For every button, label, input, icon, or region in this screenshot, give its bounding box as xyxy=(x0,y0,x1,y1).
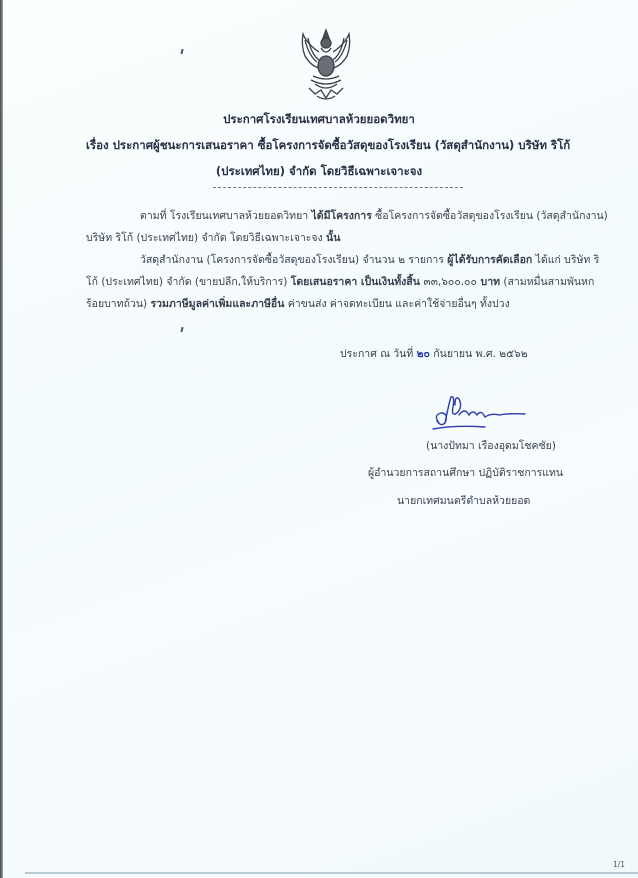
scan-edge xyxy=(0,0,3,878)
signatory-name: (นางปัทมา เรืองอุดมโชคชัย) xyxy=(426,437,556,454)
header-divider xyxy=(213,187,463,188)
signatory-position-cont: นายกเทศมนตรีตำบลห้วยยอด xyxy=(397,492,530,509)
body-text: ได้แก่ บริษัท ริ xyxy=(532,254,599,266)
body-text-bold: นั้น xyxy=(326,232,340,244)
scanned-page: ประกาศโรงเรียนเทศบาลห้วยยอดวิทยา เรื่อง … xyxy=(0,0,638,878)
signature-icon xyxy=(425,393,535,433)
scan-speck xyxy=(180,327,183,332)
announcement-subject-cont: (ประเทศไทย) จำกัด โดยวิธีเฉพาะเจาะจง xyxy=(0,163,638,181)
body-paragraph-2-cont: โก้ (ประเทศไทย) จำกัด (ขายปลีก,ให้บริการ… xyxy=(86,273,594,290)
signatory-position: ผู้อำนวยการสถานศึกษา ปฏิบัติราชการแทน xyxy=(368,464,563,481)
body-paragraph-1: ตามที่ โรงเรียนเทศบาลห้วยยอดวิทยา ได้มีโ… xyxy=(140,207,608,224)
date-prefix: ประกาศ ณ วันที่ xyxy=(340,348,417,360)
garuda-emblem-icon xyxy=(297,26,355,104)
body-text-bold: บาท xyxy=(477,276,500,288)
body-text: ซื้อโครงการจัดซื้อวัสดุของโรงเรียน (วัสด… xyxy=(372,210,608,222)
body-text: ร้อยบาทถ้วน) xyxy=(86,298,150,310)
date-day-handwritten: ๒๐ xyxy=(417,348,430,360)
body-text: บริษัท ริโก้ (ประเทศไทย) จำกัด โดยวิธีเฉ… xyxy=(86,232,326,244)
scan-bottom-edge xyxy=(25,872,638,874)
body-text-bold: เป็นเงินทั้งสิ้น xyxy=(357,276,423,288)
body-text: ค่าขนส่ง ค่าจดทะเบียน และค่าใช้จ่ายอื่นๆ… xyxy=(284,298,509,310)
date-suffix: กันยายน พ.ศ. ๒๕๖๒ xyxy=(430,348,528,360)
body-text-bold: ผู้ได้รับการคัดเลือก xyxy=(447,254,532,266)
body-paragraph-2: วัสดุสำนักงาน (โครงการจัดซื้อวัสดุของโรง… xyxy=(140,251,599,268)
body-text: โก้ (ประเทศไทย) จำกัด (ขายปลีก,ให้บริการ… xyxy=(86,276,291,288)
body-paragraph-2-end: ร้อยบาทถ้วน) รวมภาษีมูลค่าเพิ่มและภาษีอื… xyxy=(86,295,510,312)
body-text: วัสดุสำนักงาน (โครงการจัดซื้อวัสดุของโรง… xyxy=(140,254,447,266)
body-text-bold: รวมภาษีมูลค่าเพิ่มและภาษีอื่น xyxy=(150,298,284,310)
total-amount: ๓๓,๖๐๐.๐๐ xyxy=(424,276,477,288)
scan-speck xyxy=(180,49,183,54)
body-text: (สามหมื่นสามพันหก xyxy=(500,276,594,288)
body-text: ตามที่ โรงเรียนเทศบาลห้วยยอดวิทยา xyxy=(140,210,311,222)
announcement-date: ประกาศ ณ วันที่ ๒๐ กันยายน พ.ศ. ๒๕๖๒ xyxy=(340,345,528,362)
body-paragraph-1-cont: บริษัท ริโก้ (ประเทศไทย) จำกัด โดยวิธีเฉ… xyxy=(86,229,340,246)
announcement-title: ประกาศโรงเรียนเทศบาลห้วยยอดวิทยา xyxy=(0,111,638,129)
body-text-bold: ได้มีโครงการ xyxy=(311,210,371,222)
announcement-subject: เรื่อง ประกาศผู้ชนะการเสนอราคา ซื้อโครงก… xyxy=(86,137,570,155)
body-text-bold: โดยเสนอราคา xyxy=(291,276,358,288)
page-number: 1/1 xyxy=(613,860,625,869)
